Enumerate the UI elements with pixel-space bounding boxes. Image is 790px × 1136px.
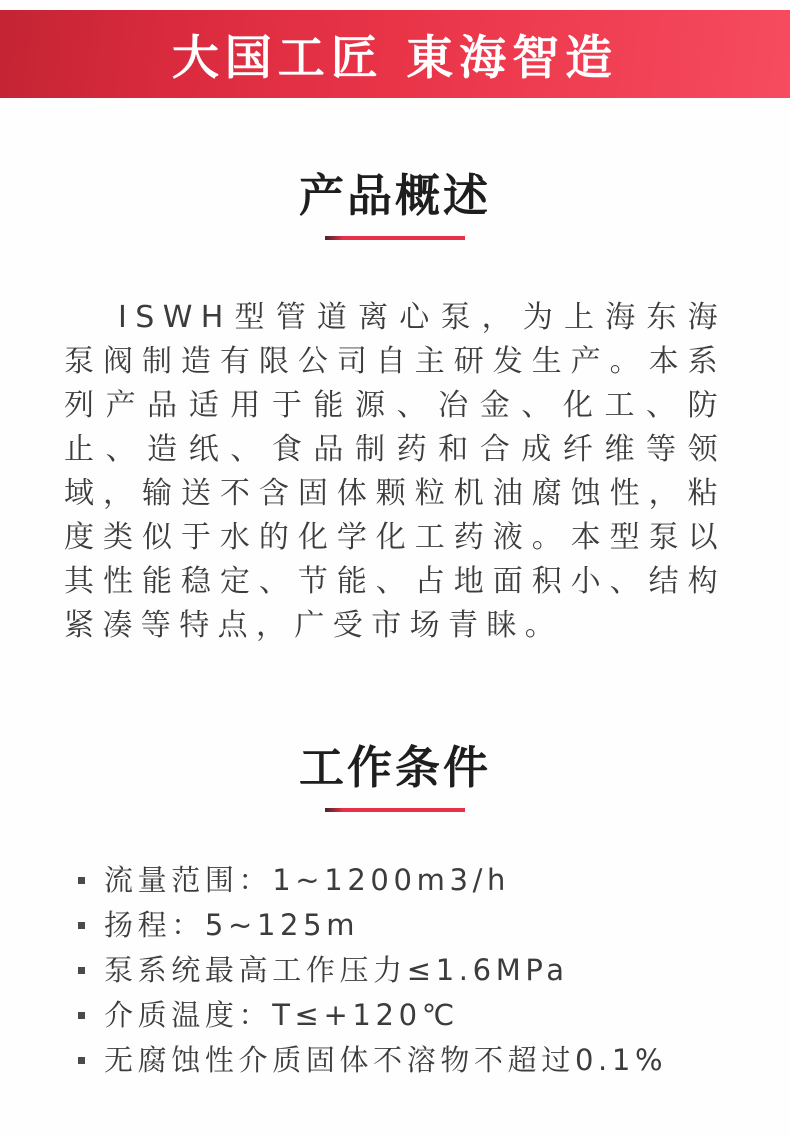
overview-header: 产品概述 (0, 168, 790, 240)
condition-item-label: 扬程：5~125m (104, 903, 359, 948)
overview-title-underline (325, 236, 465, 240)
condition-item-label: 介质温度：T≤+120℃ (104, 993, 459, 1038)
bullet-icon (78, 1012, 85, 1019)
condition-item-label: 无腐蚀性介质固体不溶物不超过0.1% (104, 1038, 667, 1083)
overview-section: 产品概述 ISWH型管道离心泵，为上海东海泵阀制造有限公司自主研发生产。本系列产… (0, 168, 790, 648)
condition-item-label: 流量范围：1~1200m3/h (104, 858, 510, 903)
condition-item-insoluble-solids: 无腐蚀性介质固体不溶物不超过0.1% (64, 1038, 750, 1083)
conditions-title-underline (325, 808, 465, 812)
bullet-icon (78, 922, 85, 929)
bullet-icon (78, 1057, 85, 1064)
bullet-icon (78, 967, 85, 974)
banner-title: 大国工匠 東海智造 (172, 21, 618, 88)
condition-item-max-pressure: 泵系统最高工作压力≤1.6MPa (64, 948, 750, 993)
bullet-icon (78, 877, 85, 884)
conditions-header: 工作条件 (0, 740, 790, 812)
conditions-section: 工作条件 流量范围：1~1200m3/h 扬程：5~125m 泵系统最高工作压力… (0, 740, 790, 1083)
condition-item-medium-temperature: 介质温度：T≤+120℃ (64, 993, 750, 1038)
banner: 大国工匠 東海智造 (0, 10, 790, 98)
overview-paragraph: ISWH型管道离心泵，为上海东海泵阀制造有限公司自主研发生产。本系列产品适用于能… (64, 296, 726, 648)
page: 大国工匠 東海智造 产品概述 ISWH型管道离心泵，为上海东海泵阀制造有限公司自… (0, 0, 790, 1136)
conditions-list: 流量范围：1~1200m3/h 扬程：5~125m 泵系统最高工作压力≤1.6M… (64, 858, 750, 1083)
condition-item-head: 扬程：5~125m (64, 903, 750, 948)
conditions-title: 工作条件 (299, 740, 491, 796)
condition-item-label: 泵系统最高工作压力≤1.6MPa (104, 948, 569, 993)
overview-title: 产品概述 (299, 168, 491, 224)
condition-item-flow-range: 流量范围：1~1200m3/h (64, 858, 750, 903)
